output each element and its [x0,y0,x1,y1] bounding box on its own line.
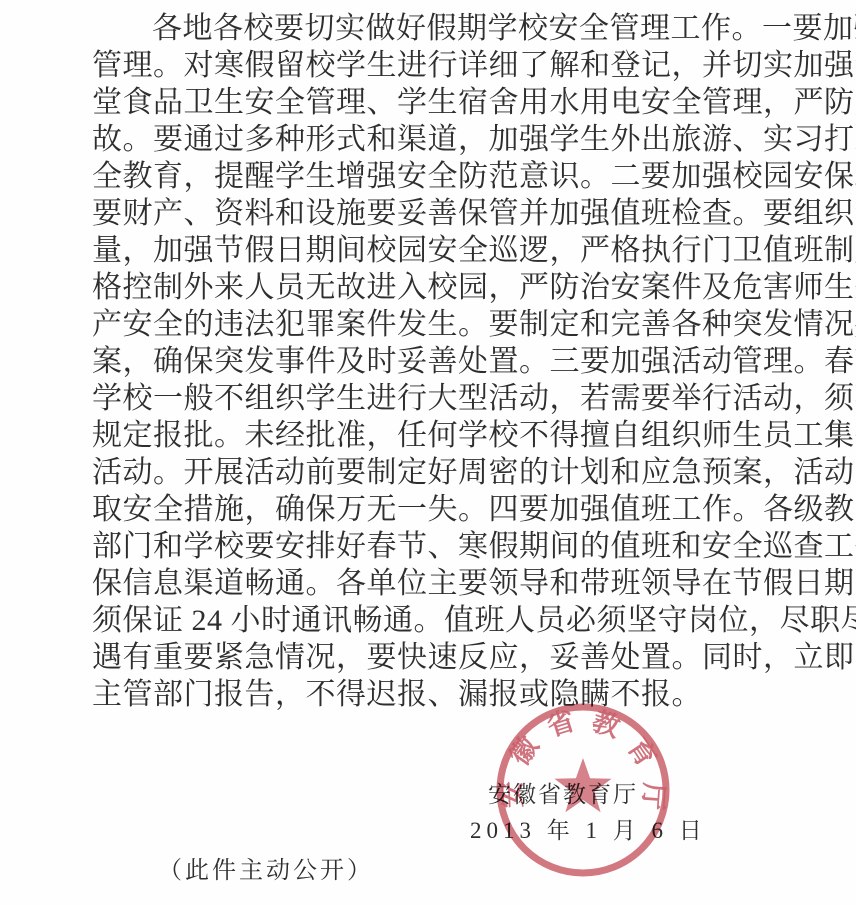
body-line: 量，加强节假日期间校园安全巡逻，严格执行门卫值班制度，严 [92,232,764,269]
seal-star-icon [555,758,612,812]
official-seal-stamp: 安徽省教育厅 [494,701,672,879]
footer-disclosure-note: （此件主动公开） [158,850,374,885]
body-line: 学校一般不组织学生进行大型活动，若需要举行活动，须事先按 [92,380,764,417]
body-line: 须保证 24 小时通讯畅通。值班人员必须坚守岗位，尽职尽责。 [92,602,764,639]
body-line: 管理。对寒假留校学生进行详细了解和登记，并切实加强学校食 [92,47,764,84]
body-line: 活动。开展活动前要制定好周密的计划和应急预案，活动中要采 [92,454,764,491]
body-line: 要财产、资料和设施要妥善保管并加强值班检查。要组织专门力 [92,195,764,232]
body-line: 各地各校要切实做好假期学校安全管理工作。一要加强学生 [92,10,764,47]
body-line: 案，确保突发事件及时妥善处置。三要加强活动管理。春节期间， [92,343,764,380]
body-line: 规定报批。未经批准，任何学校不得擅自组织师生员工集体外出 [92,417,764,454]
body-line: 产安全的违法犯罪案件发生。要制定和完善各种突发情况处置预 [92,306,764,343]
body-line: 保信息渠道畅通。各单位主要领导和带班领导在节假日期间，必 [92,565,764,602]
body-line: 格控制外来人员无故进入校园，严防治安案件及危害师生生命财 [92,269,764,306]
body-line: 遇有重要紧急情况，要快速反应，妥善处置。同时，立即向上级 [92,639,764,676]
body-line: 堂食品卫生安全管理、学生宿舍用水用电安全管理，严防安全事 [92,84,764,121]
document-page: 各地各校要切实做好假期学校安全管理工作。一要加强学生管理。对寒假留校学生进行详细… [0,0,856,905]
body-line: 取安全措施，确保万无一失。四要加强值班工作。各级教育行政 [92,491,764,528]
body-line: 全教育，提醒学生增强安全防范意识。二要加强校园安保。对重 [92,158,764,195]
body-line: 故。要通过多种形式和渠道，加强学生外出旅游、实习打工的安 [92,121,764,158]
body-paragraph: 各地各校要切实做好假期学校安全管理工作。一要加强学生管理。对寒假留校学生进行详细… [92,10,764,713]
body-line: 部门和学校要安排好春节、寒假期间的值班和安全巡查工作，确 [92,528,764,565]
